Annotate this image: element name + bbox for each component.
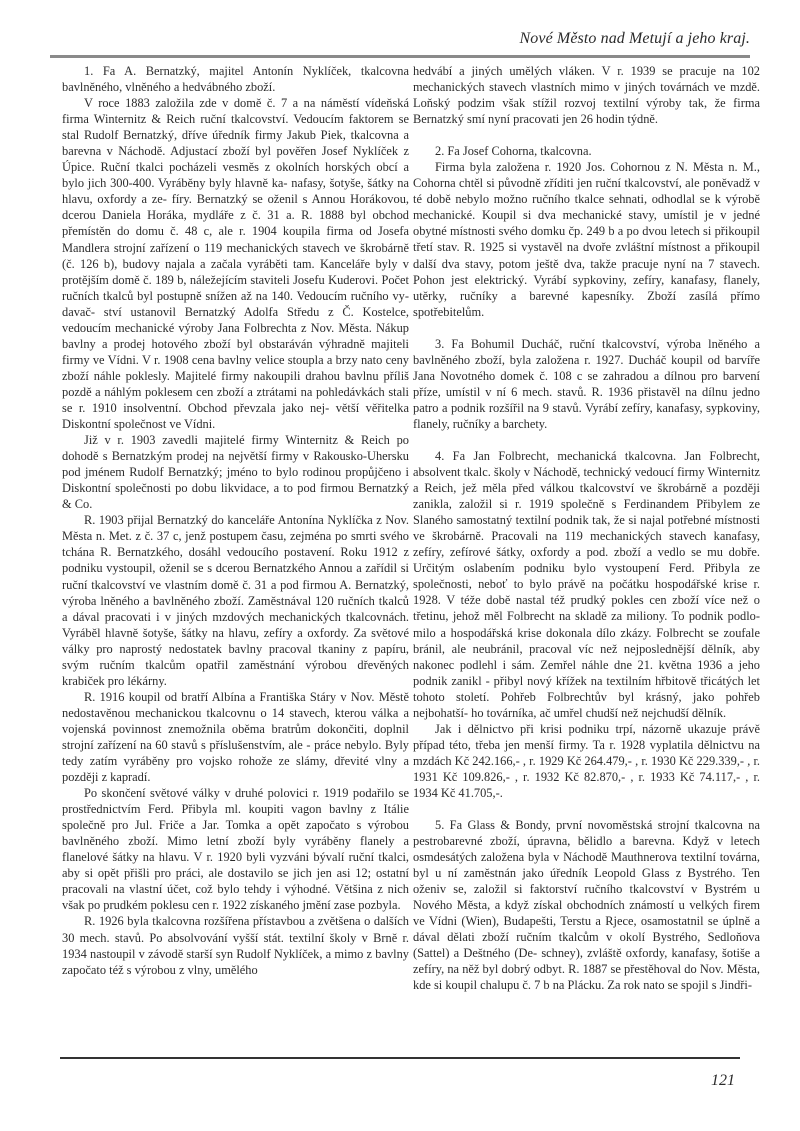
paragraph-continuation: hedvábí a jiných umělých vláken. V r. 19… xyxy=(413,63,760,127)
paragraph-section5: 5. Fa Glass & Bondy, první novoměstská s… xyxy=(413,817,760,994)
header-rule xyxy=(50,55,750,58)
paragraph: R. 1903 přijal Bernatzký do kanceláře An… xyxy=(62,512,409,689)
paragraph-section1-heading: 1. Fa A. Bernatzký, majitel Antonín Nykl… xyxy=(62,63,409,95)
paragraph: Po skončení světové války v druhé polovi… xyxy=(62,785,409,913)
paragraph-section3: 3. Fa Bohumil Ducháč, ruční tkalcovství,… xyxy=(413,336,760,432)
paragraph: R. 1926 byla tkalcovna rozšířena přístav… xyxy=(62,913,409,977)
left-column: 1. Fa A. Bernatzký, majitel Antonín Nykl… xyxy=(62,63,409,978)
paragraph-section4: 4. Fa Jan Folbrecht, mechanická tkalcovn… xyxy=(413,448,760,721)
section2-heading: 2. Fa Josef Cohorna, tkalcovna. xyxy=(413,143,760,159)
page-number: 121 xyxy=(711,1072,735,1090)
paragraph: Jak i dělnictvo při krisi podniku trpí, … xyxy=(413,721,760,801)
paragraph: R. 1916 koupil od bratří Albína a Franti… xyxy=(62,689,409,785)
right-column: hedvábí a jiných umělých vláken. V r. 19… xyxy=(413,63,760,994)
paragraph: V roce 1883 založila zde v domě č. 7 a n… xyxy=(62,95,409,432)
paragraph: Firma byla založena r. 1920 Jos. Cohorno… xyxy=(413,159,760,319)
running-header-title: Nové Město nad Metují a jeho kraj. xyxy=(520,30,750,48)
paragraph: Již v r. 1903 zavedli majitelé firmy Win… xyxy=(62,432,409,512)
footer-rule xyxy=(60,1057,740,1059)
